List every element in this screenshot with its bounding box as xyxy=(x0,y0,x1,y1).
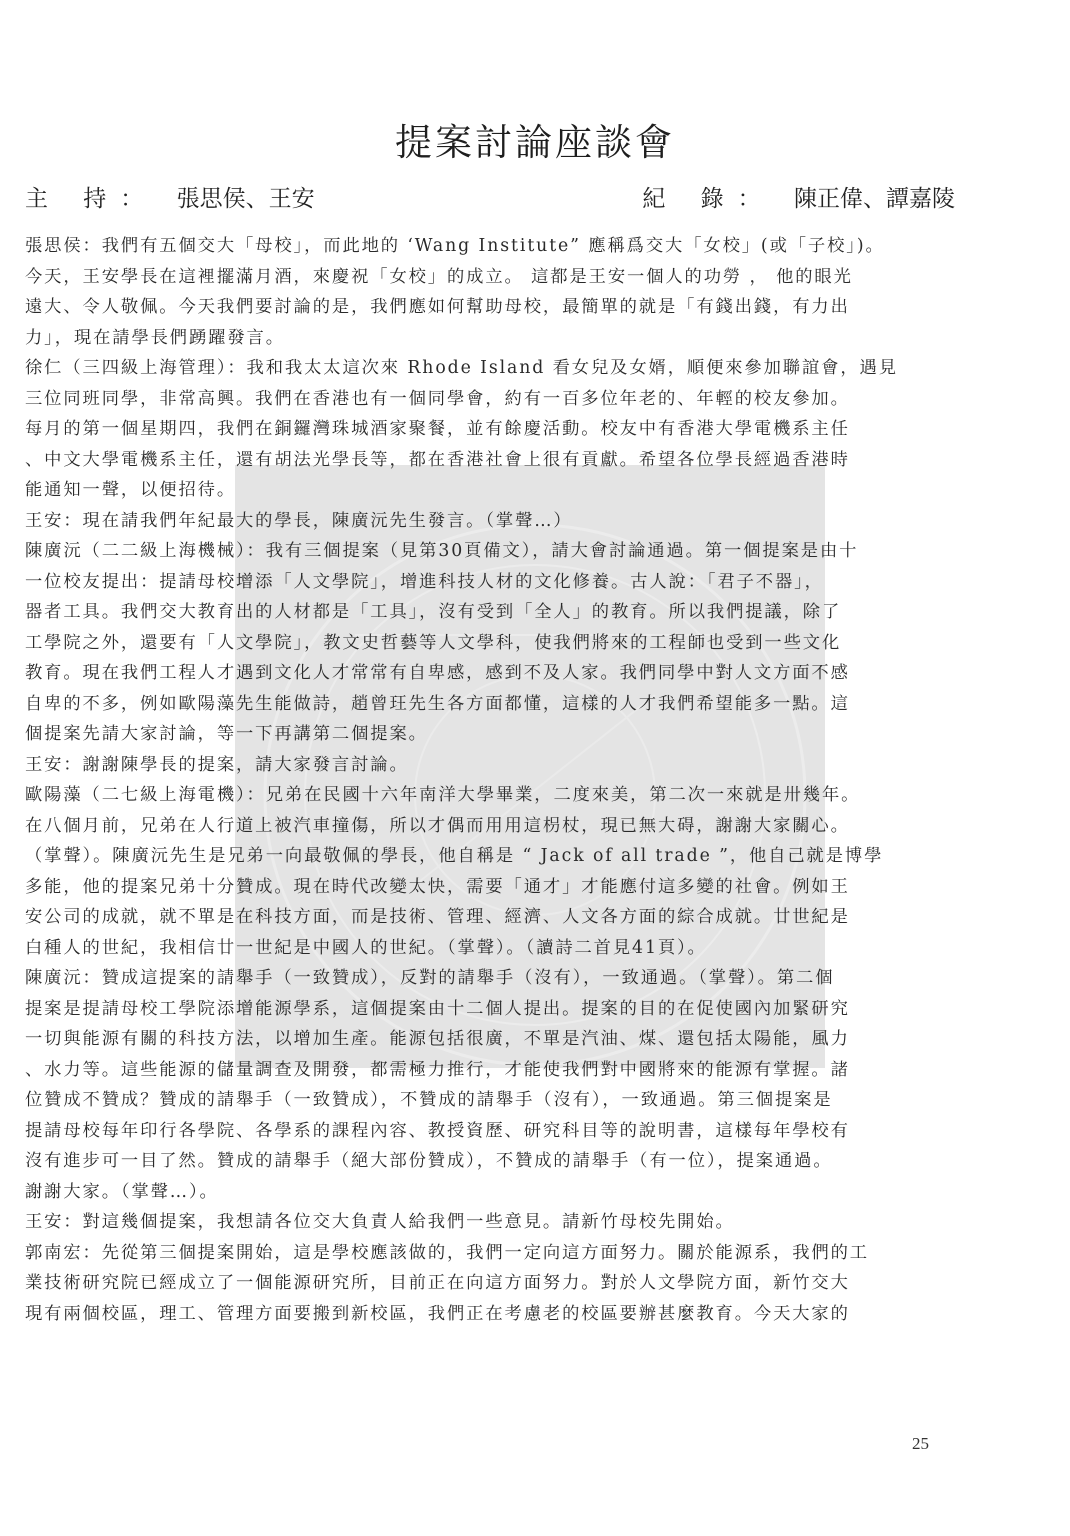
speaker-name: 陳廣沅（二二級上海機械）： xyxy=(25,541,266,561)
text-line: 今天，王安學長在這裡擺滿月酒，來慶祝「女校」的成立。 這都是王安一個人的功勞 ，… xyxy=(45,262,950,293)
transcript-paragraph: 王安：謝謝陳學長的提案，請大家發言討論。 xyxy=(25,750,950,781)
page-number: 25 xyxy=(912,1434,929,1454)
text-line: 現在請我們年紀最大的學長，陳廣沅先生發言。（掌聲…） xyxy=(83,511,573,531)
speaker-name: 郭南宏： xyxy=(25,1243,102,1263)
speaker-name: 歐陽藻（二七級上海電機）： xyxy=(25,785,266,805)
transcript-paragraph: 陳廣沅：贊成這提案的請舉手（一致贊成），反對的請舉手（沒有），一致通過。（掌聲）… xyxy=(25,963,950,1207)
text-line: 我們有五個交大「母校」，而此地的 ‘Wang Institute” 應稱爲交大「… xyxy=(102,236,885,256)
text-line: 工學院之外，還要有「人文學院」，教文史哲藝等人文學科，使我們將來的工程師也受到一… xyxy=(45,628,950,659)
text-line: 兄弟在民國十六年南洋大學畢業，二度來美，第二次一來就是卅幾年。 xyxy=(266,785,861,805)
text-line: （掌聲）。陳廣沅先生是兄弟一向最敬佩的學長，他自稱是 “ Jack of all… xyxy=(45,841,950,872)
speaker-name: 徐仁（三四級上海管理）： xyxy=(25,358,247,378)
transcript-paragraph: 郭南宏：先從第三個提案開始，這是學校應該做的，我們一定向這方面努力。關於能源系，… xyxy=(25,1238,950,1330)
recorder-names: 陳正偉、譚嘉陵 xyxy=(794,186,955,212)
text-line: 對這幾個提案，我想請各位交大負責人給我們一些意見。請新竹母校先開始。 xyxy=(83,1212,735,1232)
text-line: 位贊成不贊成？贊成的請舉手（一致贊成），不贊成的請舉手（沒有），一致通過。第三個… xyxy=(45,1085,950,1116)
transcript-paragraph: 陳廣沅（二二級上海機械）：我有三個提案（見第30頁備文），請大會討論通過。第一個… xyxy=(25,536,950,750)
text-line: 我有三個提案（見第30頁備文），請大會討論通過。第一個提案是由十 xyxy=(266,541,859,561)
host-label: 主 持： xyxy=(25,186,157,212)
speaker-name: 陳廣沅： xyxy=(25,968,102,988)
text-line: 沒有進步可一目了然。贊成的請舉手（絕大部份贊成），不贊成的請舉手（有一位），提案… xyxy=(45,1146,950,1177)
text-line: 提請母校每年印行各學院、各學系的課程內容、教授資歷、研究科目等的說明書，這樣每年… xyxy=(45,1116,950,1147)
text-line: 每月的第一個星期四，我們在銅鑼灣珠城酒家聚餐，並有餘慶活動。校友中有香港大學電機… xyxy=(45,414,950,445)
speaker-name: 張思侯： xyxy=(25,236,102,256)
text-line: 遠大、令人敬佩。今天我們要討論的是，我們應如何幫助母校，最簡單的就是「有錢出錢，… xyxy=(45,292,950,323)
transcript-body: 張思侯：我們有五個交大「母校」，而此地的 ‘Wang Institute” 應稱… xyxy=(25,231,950,1329)
text-line: 提案是提請母校工學院添增能源學系，這個提案由十二個人提出。提案的目的在促使國內加… xyxy=(45,994,950,1025)
text-line: 三位同班同學，非常高興。我們在香港也有一個同學會，約有一百多位年老的、年輕的校友… xyxy=(45,384,950,415)
text-line: 自卑的不多，例如歐陽藻先生能做詩，趙曾玨先生各方面都懂，這樣的人才我們希望能多一… xyxy=(45,689,950,720)
speaker-name: 王安： xyxy=(25,1212,83,1232)
text-line: 多能，他的提案兄弟十分贊成。現在時代改變太快，需要「通才」才能應付這多變的社會。… xyxy=(45,872,950,903)
text-line: 現有兩個校區，理工、管理方面要搬到新校區，我們正在考慮老的校區要辦甚麼教育。今天… xyxy=(45,1299,950,1330)
transcript-paragraph: 王安：對這幾個提案，我想請各位交大負責人給我們一些意見。請新竹母校先開始。 xyxy=(25,1207,950,1238)
text-line: 力」，現在請學長們踴躍發言。 xyxy=(45,323,950,354)
text-line: 我和我太太這次來 Rhode Island 看女兒及女婿，順便來參加聯誼會，遇見 xyxy=(247,358,898,378)
text-line: 、中文大學電機系主任，還有胡法光學長等，都在香港社會上很有貢獻。希望各位學長經過… xyxy=(45,445,950,476)
host-credit: 主 持： 張思侯、王安 xyxy=(25,180,315,213)
transcript-paragraph: 歐陽藻（二七級上海電機）：兄弟在民國十六年南洋大學畢業，二度來美，第二次一來就是… xyxy=(25,780,950,963)
text-line: 能通知一聲，以便招待。 xyxy=(45,475,950,506)
transcript-paragraph: 張思侯：我們有五個交大「母校」，而此地的 ‘Wang Institute” 應稱… xyxy=(25,231,950,353)
text-line: 個提案先請大家討論，等一下再講第二個提案。 xyxy=(45,719,950,750)
text-line: 器者工具。我們交大教育出的人材都是「工具」，沒有受到「全人」的教育。所以我們提議… xyxy=(45,597,950,628)
recorder-credit: 紀 錄： 陳正偉、譚嘉陵 xyxy=(642,180,955,213)
text-line: 在八個月前，兄弟在人行道上被汽車撞傷，所以才偶而用用這枴杖，現已無大碍，謝謝大家… xyxy=(45,811,950,842)
recorder-label: 紀 錄： xyxy=(642,186,774,212)
speaker-name: 王安： xyxy=(25,511,83,531)
text-line: 一切與能源有關的科技方法，以增加生產。能源包括很廣，不單是汽油、煤、還包括太陽能… xyxy=(45,1024,950,1055)
transcript-paragraph: 徐仁（三四級上海管理）：我和我太太這次來 Rhode Island 看女兒及女婿… xyxy=(25,353,950,506)
text-line: 先從第三個提案開始，這是學校應該做的，我們一定向這方面努力。關於能源系，我們的工 xyxy=(102,1243,869,1263)
text-line: 安公司的成就，就不單是在科技方面，而是技術、管理、經濟、人文各方面的綜合成就。廿… xyxy=(45,902,950,933)
speaker-name: 王安： xyxy=(25,755,83,775)
text-line: 謝謝陳學長的提案，請大家發言討論。 xyxy=(83,755,409,775)
host-names: 張思侯、王安 xyxy=(177,186,315,212)
text-line: 白種人的世紀，我相信廿一世紀是中國人的世紀。（掌聲）。（讀詩二首見41頁）。 xyxy=(45,933,950,964)
text-line: 教育。現在我們工程人才遇到文化人才常常有自卑感，感到不及人家。我們同學中對人文方… xyxy=(45,658,950,689)
text-line: 謝謝大家。（掌聲…）。 xyxy=(45,1177,950,1208)
text-line: 業技術研究院已經成立了一個能源研究所，目前正在向這方面努力。對於人文學院方面，新… xyxy=(45,1268,950,1299)
text-line: 、水力等。這些能源的儲量調查及開發，都需極力推行，才能使我們對中國將來的能源有掌… xyxy=(45,1055,950,1086)
text-line: 贊成這提案的請舉手（一致贊成），反對的請舉手（沒有），一致通過。（掌聲）。第二個 xyxy=(102,968,835,988)
credits-row: 主 持： 張思侯、王安 紀 錄： 陳正偉、譚嘉陵 xyxy=(25,180,955,214)
page-title: 提案討論座談會 xyxy=(0,112,1070,166)
text-line: 一位校友提出：提請母校增添「人文學院」，增進科技人材的文化修養。古人說：「君子不… xyxy=(45,567,950,598)
transcript-paragraph: 王安：現在請我們年紀最大的學長，陳廣沅先生發言。（掌聲…） xyxy=(25,506,950,537)
